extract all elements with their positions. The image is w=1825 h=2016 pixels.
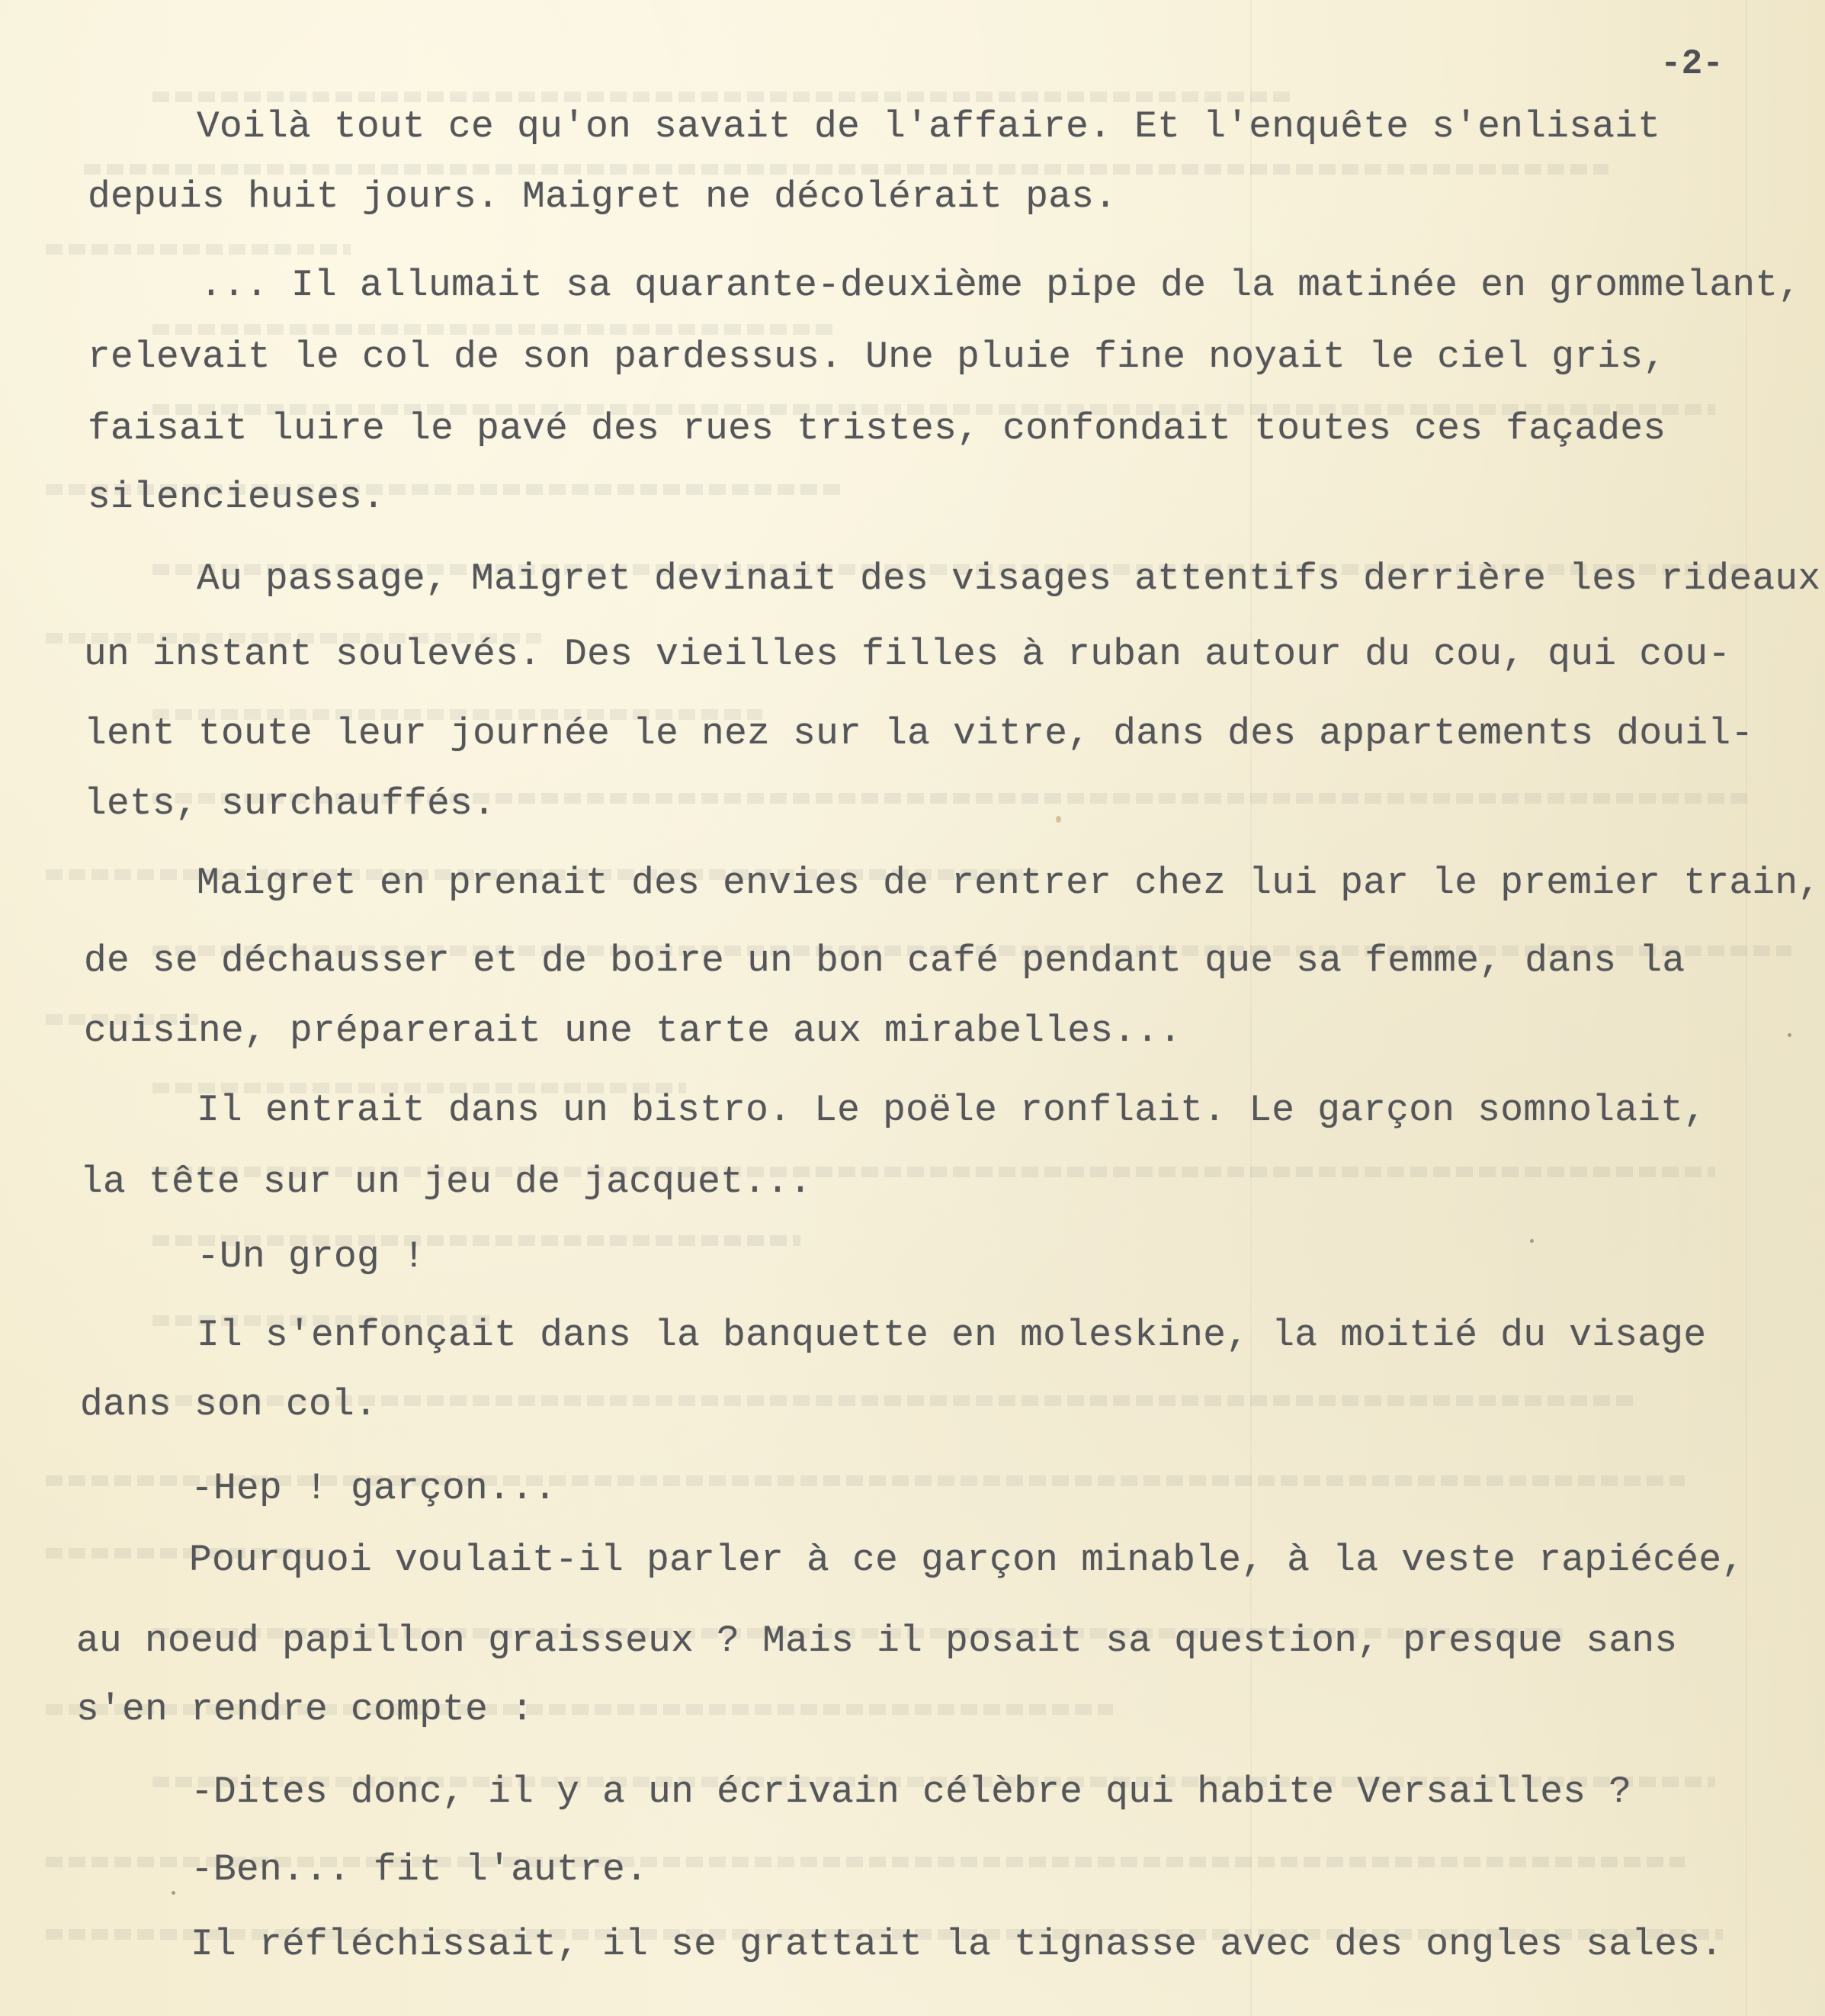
text-line: la tête sur un jeu de jacquet...	[80, 1164, 812, 1202]
text-line-dialogue: -Dites donc, il y a un écrivain célèbre …	[191, 1774, 1631, 1812]
text-line-paragraph-start: ... Il allumait sa quarante-deuxième pip…	[200, 267, 1801, 305]
text-line: silencieuses.	[88, 479, 385, 517]
typewritten-page: -2- Voilà tout ce qu'on savait de l'affa…	[0, 0, 1825, 2016]
text-line-paragraph-start: Maigret en prenait des envies de rentrer…	[197, 865, 1820, 903]
page-number: -2-	[1660, 44, 1724, 84]
text-line-paragraph-start: Au passage, Maigret devinait des visages…	[197, 560, 1820, 599]
text-line: cuisine, préparerait une tarte aux mirab…	[84, 1013, 1182, 1051]
text-line-paragraph-start: Pourquoi voulait-il parler à ce garçon m…	[189, 1542, 1744, 1580]
text-line-paragraph-start: Voilà tout ce qu'on savait de l'affaire.…	[197, 108, 1660, 146]
text-line: relevait le col de son pardessus. Une pl…	[88, 339, 1666, 377]
text-line-dialogue: -Hep ! garçon...	[191, 1470, 556, 1508]
text-line: au noeud papillon graisseux ? Mais il po…	[76, 1623, 1677, 1661]
text-line: s'en rendre compte :	[76, 1691, 534, 1729]
paper-speck	[172, 1891, 175, 1895]
text-line-dialogue: -Un grog !	[197, 1238, 425, 1276]
text-line: un instant soulevés. Des vieilles filles…	[84, 636, 1730, 674]
text-line-paragraph-start: Il réfléchissait, il se grattait la tign…	[191, 1926, 1723, 1964]
text-line: faisait luire le pavé des rues tristes, …	[88, 410, 1666, 448]
text-line-paragraph-start: Il s'enfonçait dans la banquette en mole…	[197, 1317, 1706, 1355]
text-line: dans son col.	[80, 1386, 377, 1424]
text-line-dialogue: -Ben... fit l'autre.	[191, 1851, 648, 1889]
paper-speck	[1530, 1239, 1534, 1243]
text-line-paragraph-start: Il entrait dans un bistro. Le poële ronf…	[197, 1092, 1706, 1130]
text-line: lent toute leur journée le nez sur la vi…	[84, 715, 1753, 753]
text-line: de se déchausser et de boire un bon café…	[84, 942, 1685, 981]
text-line: lets, surchauffés.	[84, 785, 496, 823]
paper-stain	[1056, 816, 1061, 823]
paper-speck	[1788, 1033, 1791, 1037]
text-line: depuis huit jours. Maigret ne décolérait…	[88, 178, 1117, 217]
